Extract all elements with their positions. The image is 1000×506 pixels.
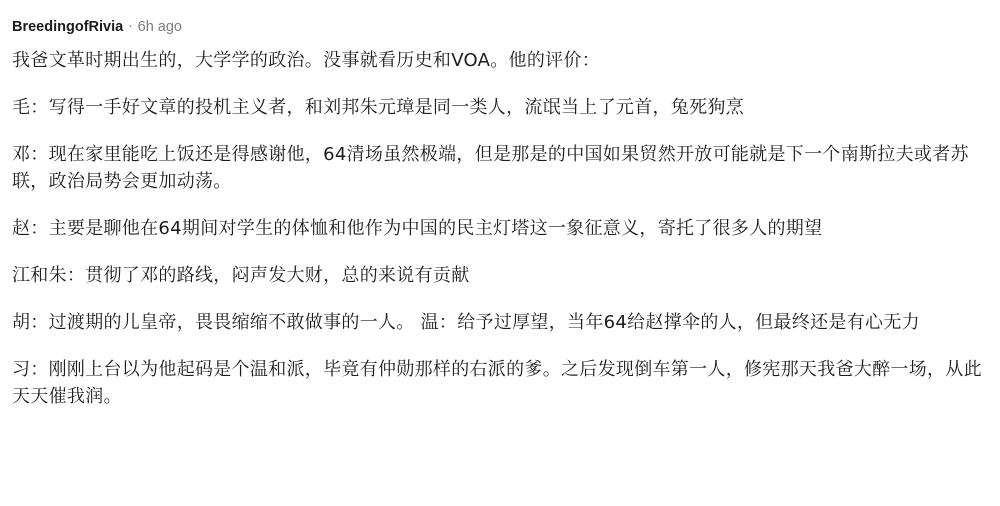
meta-separator: · <box>128 16 132 38</box>
comment-meta: BreedingofRivia · 6h ago <box>12 16 988 38</box>
comment-paragraph-deng: 邓：现在家里能吃上饭还是得感谢他，64清场虽然极端，但是那是的中国如果贸然开放可… <box>12 141 988 195</box>
comment-paragraph-zhao: 赵：主要是聊他在64期间对学生的体恤和他作为中国的民主灯塔这一象征意义，寄托了很… <box>12 215 988 242</box>
comment: BreedingofRivia · 6h ago 我爸文革时期出生的，大学学的政… <box>0 0 1000 410</box>
comment-paragraph-mao: 毛：写得一手好文章的投机主义者，和刘邦朱元璋是同一类人，流氓当上了元首，兔死狗烹 <box>12 94 988 121</box>
comment-paragraph-intro: 我爸文革时期出生的，大学学的政治。没事就看历史和VOA。他的评价： <box>12 47 988 74</box>
comment-timestamp[interactable]: 6h ago <box>138 16 182 38</box>
comment-body: 我爸文革时期出生的，大学学的政治。没事就看历史和VOA。他的评价： 毛：写得一手… <box>12 47 988 410</box>
author-username[interactable]: BreedingofRivia <box>12 16 123 38</box>
comment-paragraph-xi: 习：刚刚上台以为他起码是个温和派，毕竟有仲勋那样的右派的爹。之后发现倒车第一人，… <box>12 356 988 410</box>
comment-paragraph-hu-wen: 胡：过渡期的儿皇帝，畏畏缩缩不敢做事的一人。 温：给予过厚望，当年64给赵撑伞的… <box>12 309 988 336</box>
comment-paragraph-jiang-zhu: 江和朱：贯彻了邓的路线，闷声发大财，总的来说有贡献 <box>12 262 988 289</box>
